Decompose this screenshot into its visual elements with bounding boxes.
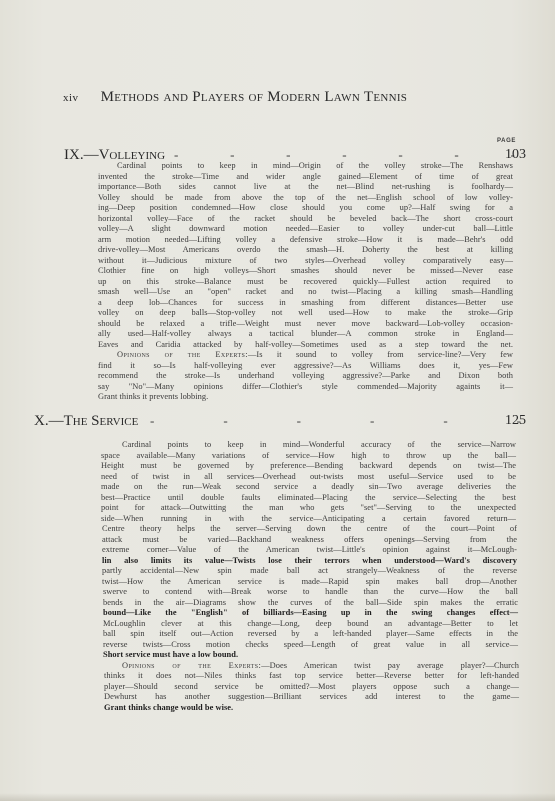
summary-line: importance—Both sides cannot live at the… [98,181,513,192]
chapter-number: IX.— [64,147,99,163]
summary-line: Eaves and Caridia attacked by half-volle… [98,339,513,350]
summary-line: ing—Deep position condemned—How close sh… [98,202,513,213]
chapter-number: X.— [34,413,64,429]
book-title: Methods and Players of Modern Lawn Tenni… [101,89,408,105]
experts-label: Opinions of the Experts: [122,661,261,670]
summary-line: twist—How the American service is made—R… [102,576,517,587]
summary-line: bends in the air—Diagrams show the curve… [103,597,518,608]
experts-line: Grant thinks it prevents lobbing. [98,391,513,402]
summary-line: Clothier fine on high volleys—Short smas… [98,265,513,276]
summary-line: bound—Like the "English" of billiards—Ea… [103,607,518,618]
summary-line: lin also limits its value—Twists lose th… [102,555,517,566]
summary-line: volley—A slight downward motion needed—E… [98,223,513,234]
summary-line: volley on deep balls—Stop-volley not wel… [98,307,513,318]
summary-line: made on the run—Weak second service a de… [101,481,516,492]
summary-line: Cardinal points to keep in mind—Wonderfu… [122,439,516,450]
summary-line: ball spin itself out—Action reversed by … [103,628,518,639]
chapter-title: The Service [64,413,139,429]
experts-line: thinks it does not—Niles thinks fast top… [104,670,519,681]
summary-line: drive-volley—Most Americans overdo the s… [98,244,513,255]
summary-line: best—Practice until double faults elimin… [101,492,516,503]
summary-line: Height must be governed by preference—Be… [101,460,516,471]
summary-line: without it—Judicious mixture of two styl… [98,255,513,266]
summary-line: horizontal volley—Face of the racket sho… [98,213,513,224]
summary-line: Short service must have a low bound. [103,649,518,660]
summary-line: reverse twists—Cross motion checks speed… [103,639,518,650]
summary-line: extreme corner—Value of the American twi… [102,544,517,555]
summary-line: arm motion needed—Lifting volley a defen… [98,234,513,245]
summary-line: side—When running in with the service—An… [101,513,516,524]
experts-label: Opinions of the Experts: [117,350,248,359]
summary-line: McLoughlin clever at this change—Long, d… [103,618,518,629]
experts-line: Dewhurst has another suggestion—Brillian… [104,691,519,702]
experts-line: Grant thinks change would be wise. [104,702,519,713]
experts-line: find it so—Is half-volleying ever aggres… [98,360,513,371]
experts-line: Opinions of the Experts:—Does American t… [122,660,519,671]
page-folio: xiv [63,92,79,104]
summary-line: point for attack—Outwitting the man who … [101,502,516,513]
experts-line: recommend the stroke—Is underhand volley… [98,370,513,381]
experts-line: Opinions of the Experts:—Is it sound to … [117,349,513,360]
page-edge-shadow [0,793,555,801]
summary-line: a deep lob—Chances for success in smashi… [98,297,513,308]
chapter-page-number: 125 [505,413,526,429]
summary-line: need of twist in all services—Overhead o… [101,471,516,482]
dot-leaders: - - - - - - - - - - [150,413,555,429]
toc-entry-chapter-x: X.—The Service - - - - - - - - - - 125 [34,413,514,431]
summary-line: space available—Many variations of servi… [101,450,516,461]
running-head: xiv Methods and Players of Modern Lawn T… [63,89,443,106]
page-column-label: PAGE [497,138,516,144]
experts-line: player—Should second service be omitted?… [104,681,519,692]
summary-line: invented the stroke—Time and wider angle… [98,171,513,182]
summary-line: Cardinal points to keep in mind—Origin o… [117,160,513,171]
summary-line: swerve to contend with—Break worse to ha… [103,586,518,597]
summary-line: up on this stroke—Balance must be recove… [98,276,513,287]
summary-line: Volley should be made from above the top… [98,192,513,203]
summary-line: attack must be varied—Backhand weakness … [102,534,517,545]
summary-line: should be relaxed a trifle—Weight must n… [98,318,513,329]
summary-line: smash well—Use an "open" racket and no t… [98,286,513,297]
summary-line: partly accidental—New spin made ball act… [102,565,517,576]
book-page: xiv Methods and Players of Modern Lawn T… [0,0,555,801]
experts-line: say "No"—Many opinions differ—Clothier's… [98,381,513,392]
summary-line: ally used—Half-volley always a tactical … [98,328,513,339]
summary-line: Centre theory helps the server—Serving d… [102,523,517,534]
